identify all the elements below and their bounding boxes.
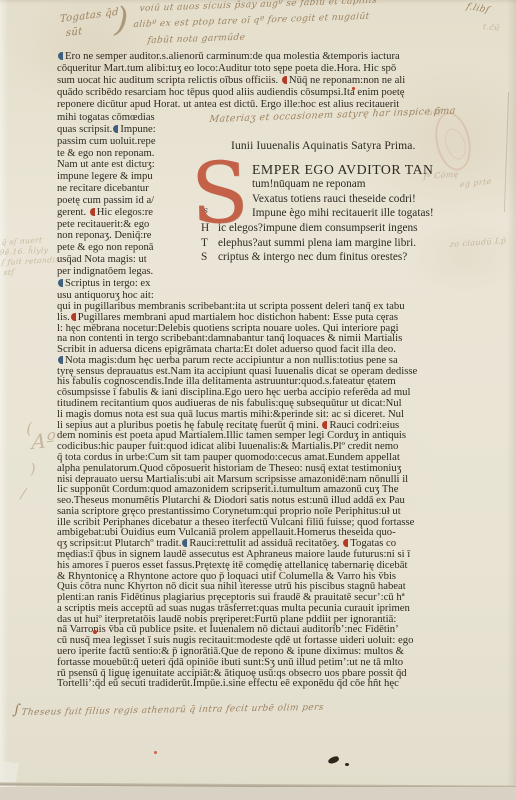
printed-line: reponere dicūtur apud Horat. ut antea es… xyxy=(57,98,405,110)
text-run: quas scripsit. xyxy=(57,124,112,135)
printed-line: mihi togatas cōmœdias xyxy=(57,112,156,124)
text-run: ic elegos?impune diem consumpserit ingen… xyxy=(218,222,418,234)
page-left-edge xyxy=(0,0,8,800)
paragraph-mark-icon xyxy=(58,52,63,60)
printed-line: pete & ego non reponā xyxy=(57,242,156,254)
paragraph-mark-icon xyxy=(71,313,76,321)
text-run: poetę cum passim id a/ xyxy=(57,195,154,206)
text-run: Scriptus in tergo: ex xyxy=(65,278,150,289)
background-surface xyxy=(0,787,516,800)
commentary-left-column: mihi togatas cōmœdiasquas scripsit.Impun… xyxy=(57,112,156,302)
text-run: te & ego non reponam. xyxy=(57,148,154,159)
poem-first-line: EMPER EGO AVDITOR TAN xyxy=(252,162,434,177)
printed-line: Nam ut ante est dictuʒ: xyxy=(57,159,156,171)
text-run: mihi togatas cōmœdias xyxy=(57,112,155,123)
poem-line: Scriptus & intergo nec dum finitus orest… xyxy=(201,250,418,265)
poem-line: tum!nūquam ne reponam xyxy=(252,177,434,192)
printed-line: gerent. Hic elegos:re xyxy=(57,207,156,219)
red-ink-dot xyxy=(352,87,355,90)
printed-line: Tortelli’:q̄d eū secuti tradiderūt.Impūe… xyxy=(57,678,417,689)
text-run: per indignatōem legas. xyxy=(57,266,153,277)
marginalia-note: sūt xyxy=(66,26,83,39)
text-run: reponere dicūtur apud Horat. ut antea es… xyxy=(57,98,399,110)
text-run: Nam ut ante est dictuʒ: xyxy=(57,159,155,170)
paragraph-mark-icon xyxy=(182,539,187,547)
marginalia-note: eg prte xyxy=(460,177,492,189)
marginalia-note: zo claudū Lp̄ xyxy=(449,236,506,249)
page-right-edge xyxy=(507,0,516,800)
marginalia-note: f.libſ xyxy=(465,2,491,16)
marginalia-note: fabūt nota garmūde xyxy=(147,33,246,46)
paragraph-mark-icon xyxy=(113,125,118,133)
text-run: usu antiquoruʒ hoc ait: xyxy=(57,290,154,301)
red-ink-dot xyxy=(154,751,157,754)
text-run: pete & ego non reponā xyxy=(57,242,154,253)
guide-letter: T xyxy=(201,236,218,251)
text-run: Tortelli’:q̄d eū secuti tradiderūt.Impūe… xyxy=(57,677,399,689)
marginalia-note: alibº ex est ptop tare oī qº fore cogit … xyxy=(133,12,370,30)
poem-line: Hic elegos?impune diem consumpserit inge… xyxy=(201,221,418,236)
paragraph-mark-icon xyxy=(90,208,95,216)
printed-line: sum uocat hic auditum scripta relictis o… xyxy=(57,74,405,86)
printed-line: usq̄ad Nota magis: ut xyxy=(57,254,156,266)
printed-line: ne recitare dicebantur xyxy=(57,183,156,195)
text-run: sum uocat hic auditum scripta relictis o… xyxy=(57,74,281,86)
marginalia-note: Theseus fuit filius regis athenarū q̄ in… xyxy=(21,703,325,718)
poem-guide-lines: Hic elegos?impune diem consumpserit inge… xyxy=(201,221,418,265)
paragraph-mark-icon xyxy=(58,279,63,287)
text-run: gerent. xyxy=(57,207,89,218)
printed-line: poetę cum passim id a/ xyxy=(57,195,156,207)
printed-line: non reponaʒ. Deniq̄:re xyxy=(57,230,156,242)
marginalia-note: ſ fuit retandis xyxy=(1,255,60,267)
commentary-main-block: qui in pugillaribus membranis scribebant… xyxy=(57,301,417,689)
guide-letter: H xyxy=(201,221,218,236)
commentary-top-block: Ero ne semper auditor.s.alienorū carminu… xyxy=(57,50,405,110)
printed-line: te & ego non reponam. xyxy=(57,148,156,160)
marginalia-note: stſ xyxy=(3,267,15,277)
paragraph-mark-icon xyxy=(282,76,287,84)
marginalia-note: ) xyxy=(30,461,36,478)
printed-line: Scriptus in tergo: ex xyxy=(57,278,156,290)
marginalia-note: t.c̄ū xyxy=(482,22,501,33)
printed-line: Ero ne semper auditor.s.alienorū carminu… xyxy=(57,50,405,62)
printed-line: cōqueritur Mart.tum alibi:tuʒ eo loco:Au… xyxy=(57,62,405,74)
printed-line: per indignatōem legas. xyxy=(57,266,156,278)
text-run: non reponaʒ. Deniq̄:re xyxy=(57,230,151,241)
printed-line: pete recitauerit:& ego xyxy=(57,219,156,231)
red-ink-dot xyxy=(93,630,97,634)
poem-line: Vexatus totiens rauci theseide codri! xyxy=(252,192,434,207)
text-run: passim cum uoluit.repe xyxy=(57,136,156,147)
book-page: Togatas q̄dsūt)voiū ut auos sicuis p̄say… xyxy=(0,0,516,800)
text-run: pete recitauerit:& ego xyxy=(57,219,149,230)
guide-letter: S xyxy=(201,250,218,265)
text-run: Ero ne semper auditor.s.alienorū carminu… xyxy=(65,50,400,62)
poem-line: Impune ègo mihi recitauerit ille togatas… xyxy=(252,206,434,221)
poem-block: EMPER EGO AVDITOR TAN tum!nūquam ne repo… xyxy=(252,162,434,221)
text-run: cōqueritur Mart.tum alibi:tuʒ eo loco:Au… xyxy=(57,62,396,74)
text-run: criptus & intergo nec dum finitus oreste… xyxy=(218,251,407,263)
text-run: Hic elegos:re xyxy=(97,207,153,218)
ink-blot xyxy=(345,763,349,766)
paragraph-mark-icon xyxy=(322,421,327,429)
printed-line: passim cum uoluit.repe xyxy=(57,136,156,148)
marginalia-note: ) xyxy=(110,0,133,41)
text-run: Nūq̄ ne reponam:non ne ali xyxy=(289,74,405,86)
marginalia-note: Togatas q̄d xyxy=(60,7,119,25)
poem-indent-lines: tum!nūquam ne reponamVexatus totiens rau… xyxy=(252,177,434,221)
text-run: elephus?aut summi plena iam margine libr… xyxy=(218,237,416,249)
text-run: ne recitare dicebantur xyxy=(57,183,149,194)
poem-line: Telephus?aut summi plena iam margine lib… xyxy=(201,236,418,251)
chapter-heading: Iunii Iuuenalis Aquinatis Satyra Prima. xyxy=(231,139,416,152)
paragraph-mark-icon xyxy=(58,356,63,364)
marginalia-note: / xyxy=(20,486,27,502)
printed-line: impune legere & impu xyxy=(57,171,156,183)
printed-line: quas scripsit.Impune: xyxy=(57,124,156,136)
text-run: Impune: xyxy=(120,124,155,135)
ink-blot xyxy=(327,755,339,764)
marginalia-note: Aº xyxy=(31,427,56,454)
paragraph-mark-icon xyxy=(343,539,348,547)
text-run: usq̄ad Nota magis: ut xyxy=(57,254,147,265)
text-run: impune legere & impu xyxy=(57,171,153,182)
